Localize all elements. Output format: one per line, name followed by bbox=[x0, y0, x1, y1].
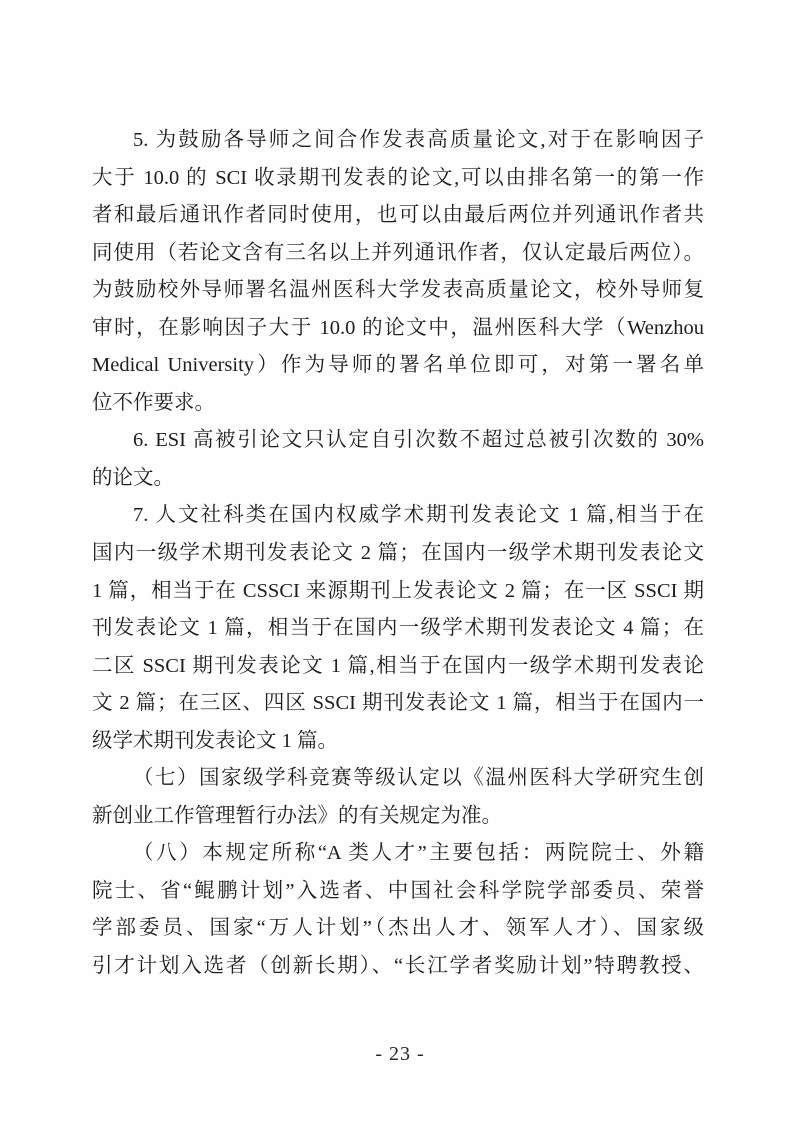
text-line: （七）国家级学科竞赛等级认定以《温州医科大学研究生创 bbox=[92, 760, 704, 798]
text-line: 级学术期刊发表论文 1 篇。 bbox=[92, 723, 704, 761]
document-text-block: 5. 为鼓励各导师之间合作发表高质量论文,对于在影响因子 大于 10.0 的 S… bbox=[92, 122, 704, 986]
text-line: 学部委员、国家“万人计划”（杰出人才、领军人才）、国家级 bbox=[92, 910, 704, 948]
text-line: 的论文。 bbox=[92, 460, 704, 498]
text-line: 大于 10.0 的 SCI 收录期刊发表的论文,可以由排名第一的第一作 bbox=[92, 160, 704, 198]
text-line: 刊发表论文 1 篇，相当于在国内一级学术期刊发表论文 4 篇；在 bbox=[92, 610, 704, 648]
text-line: 6. ESI 高被引论文只认定自引次数不超过总被引次数的 30% bbox=[92, 422, 704, 460]
text-line: 者和最后通讯作者同时使用，也可以由最后两位并列通讯作者共 bbox=[92, 197, 704, 235]
text-line: 文 2 篇；在三区、四区 SSCI 期刊发表论文 1 篇，相当于在国内一 bbox=[92, 685, 704, 723]
text-line: 1 篇，相当于在 CSSCI 来源期刊上发表论文 2 篇；在一区 SSCI 期 bbox=[92, 573, 704, 611]
text-line: 同使用（若论文含有三名以上并列通讯作者，仅认定最后两位）。 bbox=[92, 235, 704, 273]
text-line: （八）本规定所称“A 类人才”主要包括：两院院士、外籍 bbox=[92, 835, 704, 873]
text-line: 院士、省“鲲鹏计划”入选者、中国社会科学院学部委员、荣誉 bbox=[92, 873, 704, 911]
text-line: 位不作要求。 bbox=[92, 385, 704, 423]
text-line: 为鼓励校外导师署名温州医科大学发表高质量论文，校外导师复 bbox=[92, 272, 704, 310]
text-line: 二区 SSCI 期刊发表论文 1 篇,相当于在国内一级学术期刊发表论 bbox=[92, 648, 704, 686]
page-number: - 23 - bbox=[0, 1043, 800, 1066]
text-line: 引才计划入选者（创新长期）、“长江学者奖励计划”特聘教授、 bbox=[92, 948, 704, 986]
document-page: 5. 为鼓励各导师之间合作发表高质量论文,对于在影响因子 大于 10.0 的 S… bbox=[0, 0, 800, 1131]
text-line: 7. 人文社科类在国内权威学术期刊发表论文 1 篇,相当于在 bbox=[92, 497, 704, 535]
text-line: 5. 为鼓励各导师之间合作发表高质量论文,对于在影响因子 bbox=[92, 122, 704, 160]
text-line: 审时，在影响因子大于 10.0 的论文中，温州医科大学（Wenzhou bbox=[92, 310, 704, 348]
text-line: 新创业工作管理暂行办法》的有关规定为准。 bbox=[92, 798, 704, 836]
text-line: 国内一级学术期刊发表论文 2 篇；在国内一级学术期刊发表论文 bbox=[92, 535, 704, 573]
text-line: Medical University）作为导师的署名单位即可，对第一署名单 bbox=[92, 347, 704, 385]
